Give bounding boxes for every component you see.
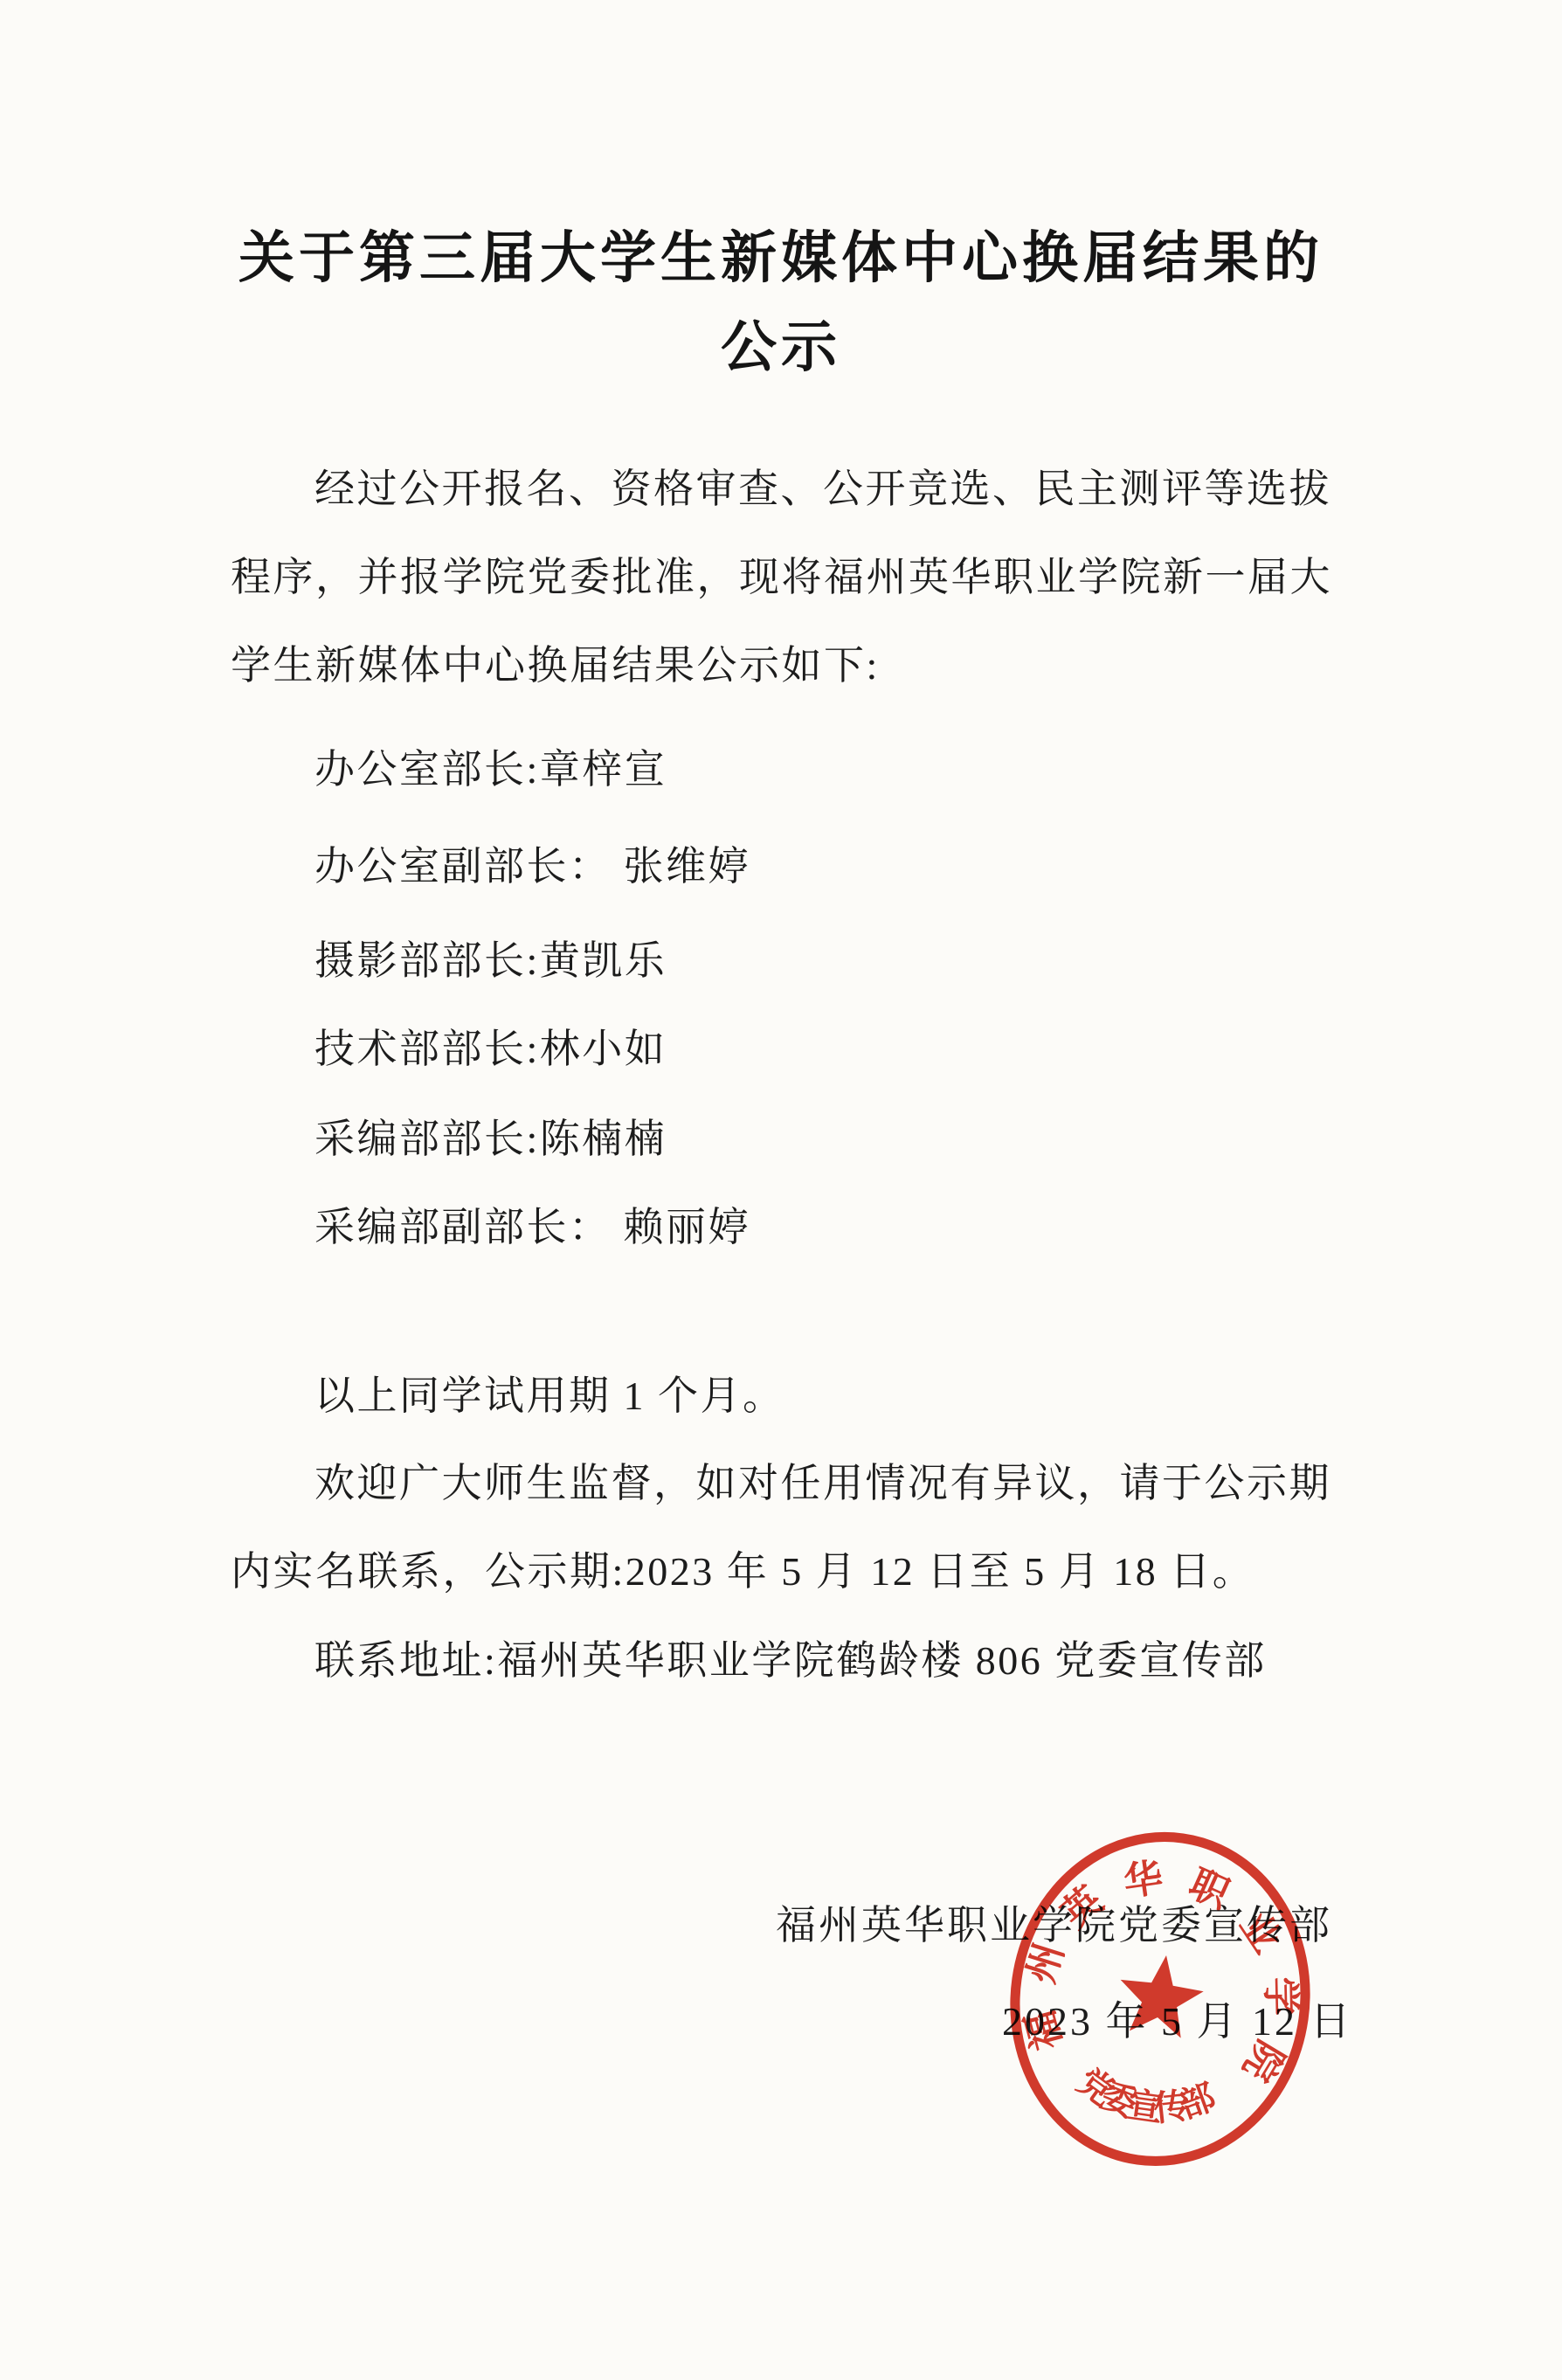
supervision-line2: 内实名联系，公示期:2023 年 5 月 12 日至 5 月 18 日。: [231, 1549, 1254, 1595]
seal-ring-char: 学: [1258, 1976, 1302, 2017]
seal-star-icon: [1114, 1949, 1208, 2040]
trial-period-note: 以上同学试用期 1 个月。: [314, 1373, 785, 1419]
seal-ring-char: 华: [1121, 1857, 1165, 1905]
seal-ring-char: 福: [1019, 2006, 1070, 2055]
appointment-office-deputy-director: 办公室副部长： 张维婷: [314, 844, 750, 889]
seal-bottom-text: 党 委 宣 传 部: [1067, 2058, 1226, 2138]
announcement-document: 关于第三届大学生新媒体中心换届结果的 公示 经过公开报名、资格审查、公开竞选、民…: [0, 0, 1562, 2380]
paragraph1-line2: 程序，并报学院党委批准，现将福州英华职业学院新一届大: [231, 555, 1332, 600]
paragraph1-line1: 经过公开报名、资格审查、公开竞选、民主测评等选拔: [314, 467, 1331, 512]
seal-ring-char: 职: [1183, 1862, 1237, 1918]
official-seal-stamp: 福 州 英 华 职 业 学 院 党 委 宣 传 部: [1001, 1824, 1319, 2177]
appointment-editorial-deputy-director: 采编部副部长： 赖丽婷: [314, 1205, 750, 1250]
appointment-editorial-director: 采编部部长:陈楠楠: [314, 1117, 667, 1162]
appointment-photography-director: 摄影部部长:黄凯乐: [314, 938, 667, 984]
paragraph1-line3: 学生新媒体中心换届结果公示如下:: [231, 643, 880, 688]
appointment-technology-director: 技术部部长:林小如: [314, 1027, 667, 1072]
document-title-line2: 公示: [0, 316, 1562, 379]
contact-address: 联系地址:福州英华职业学院鹤龄楼 806 党委宣传部: [314, 1638, 1267, 1684]
supervision-line1: 欢迎广大师生监督，如对任用情况有异议，请于公示期: [314, 1461, 1331, 1506]
appointment-office-director: 办公室部长:章梓宣: [314, 747, 667, 792]
document-title-line1: 关于第三届大学生新媒体中心换届结果的: [0, 227, 1562, 290]
